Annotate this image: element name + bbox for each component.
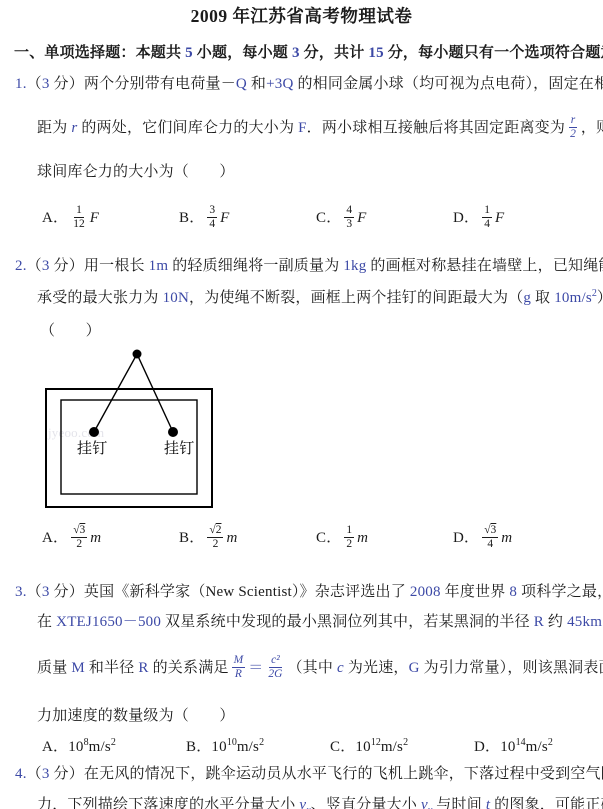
hook-label-right: 挂钉: [164, 440, 194, 457]
hook-label-left: 挂钉: [77, 440, 107, 457]
q3-option-b: B．1010m/s2: [186, 736, 330, 758]
paper-title: 2009 年江苏省高考物理试卷: [0, 4, 603, 28]
string-left: [94, 354, 137, 432]
question-2-options: A．√32mB．√22mC．12mD．√34m: [42, 518, 512, 558]
q3-option-a: A．108m/s2: [42, 736, 186, 758]
picture-frame-diagram: jyeoo.com 挂钉 挂钉: [40, 340, 220, 512]
q2-option-d: D．√34m: [453, 518, 512, 558]
question-2-line-3: （ ）: [40, 322, 101, 340]
q1-option-a: A．112F: [42, 199, 179, 237]
section-header: 一、单项选择题：本题共 5 小题，每小题 3 分，共计 15 分，每小题只有一个…: [14, 44, 603, 62]
question-1-line-1: 1.（3 分）两个分别带有电荷量－Q 和+3Q 的相同金属小球（均可视为点电荷）…: [15, 75, 603, 93]
question-3-line-3: 质量 M 和半径 R 的关系满足MR＝c²2G（其中 c 为光速，G 为引力常量…: [37, 648, 603, 688]
string-right: [137, 354, 173, 432]
q1-option-c: C．43F: [316, 199, 453, 237]
question-3-options: A．108m/s2B．1010m/s2C．1012m/s2D．1014m/s2: [42, 736, 553, 758]
question-4-line-1: 4.（3 分）在无风的情况下，跳伞运动员从水平飞行的飞机上跳伞，下落过程中受到空…: [15, 765, 603, 783]
wall-nail-dot: [133, 350, 142, 359]
hook-dot-left: [89, 427, 99, 437]
question-1-line-2: 距为 r 的两处，它们间库仑力的大小为 F．两小球相互接触后将其固定距离变为r2…: [37, 109, 603, 147]
q2-option-b: B．√22m: [179, 518, 316, 558]
question-4-line-2: 力，下列描绘下落速度的水平分量大小 vx、竖直分量大小 vy 与时间 t 的图象…: [37, 796, 603, 809]
question-3-line-1: 3.（3 分）英国《新科学家（New Scientist）》杂志评选出了 200…: [15, 583, 603, 601]
exam-paper-page: 2009 年江苏省高考物理试卷 一、单项选择题：本题共 5 小题，每小题 3 分…: [0, 0, 603, 809]
question-1-line-3: 球间库仑力的大小为（ ）: [37, 163, 235, 181]
q2-option-c: C．12m: [316, 518, 453, 558]
hook-dot-right: [168, 427, 178, 437]
q2-option-a: A．√32m: [42, 518, 179, 558]
question-3-line-4: 力加速度的数量级为（ ）: [37, 707, 235, 725]
q3-option-c: C．1012m/s2: [330, 736, 474, 758]
q3-option-d: D．1014m/s2: [474, 736, 553, 758]
question-2-line-1: 2.（3 分）用一根长 1m 的轻质细绳将一副质量为 1kg 的画框对称悬挂在墙…: [15, 257, 603, 275]
q1-option-b: B．34F: [179, 199, 316, 237]
q1-option-d: D．14F: [453, 199, 504, 237]
question-2-line-2: 承受的最大张力为 10N，为使绳不断裂，画框上两个挂钉的间距最大为（g 取 10…: [37, 289, 603, 307]
question-1-options: A．112FB．34FC．43FD．14F: [42, 199, 504, 237]
question-3-line-2: 在 XTEJ1650－500 双星系统中发现的最小黑洞位列其中，若某黑洞的半径 …: [37, 613, 603, 631]
